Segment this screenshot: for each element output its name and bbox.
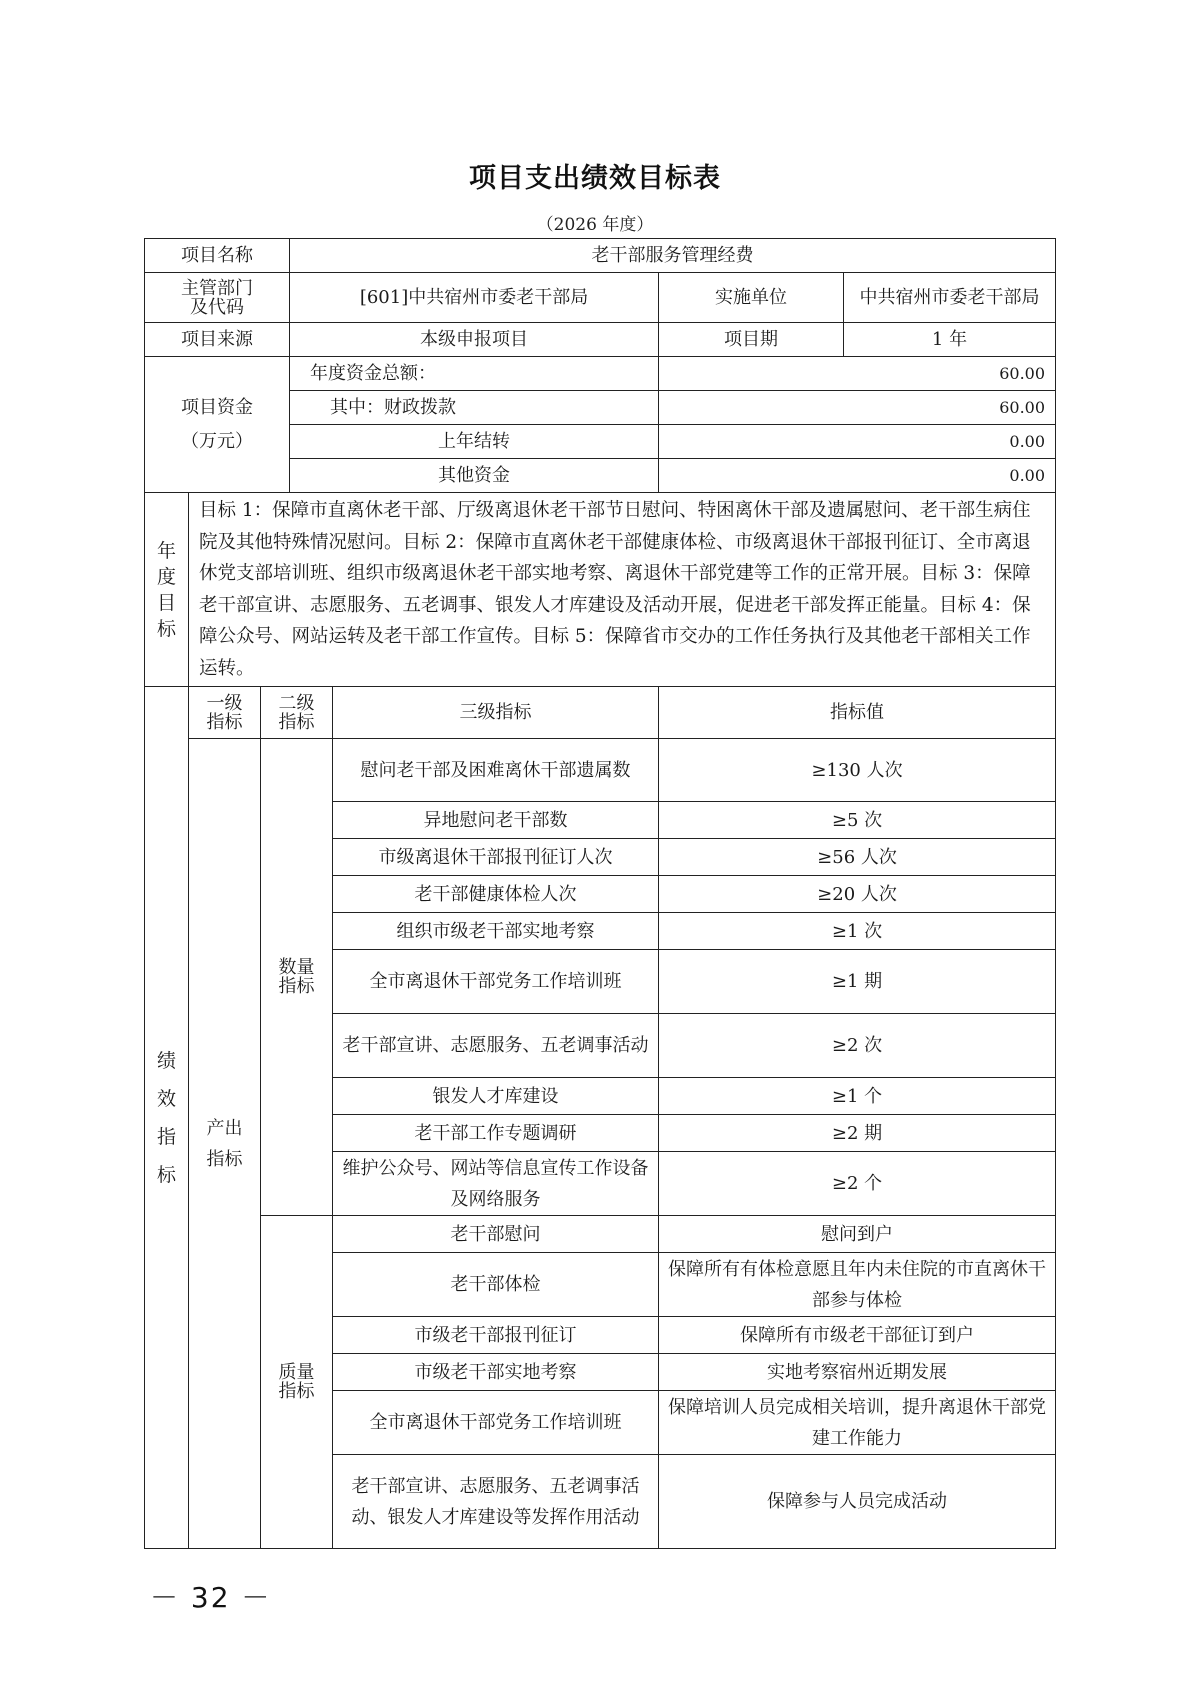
funds-row-value: 0.00 [659, 425, 1056, 459]
indicator-cell: 老干部健康体检人次 [333, 876, 659, 913]
indicator-cell: 维护公众号、网站等信息宣传工作设备及网络服务 [333, 1152, 659, 1216]
header-level2-text: 二级指标 [277, 694, 317, 732]
performance-target-table: 项目名称 老干部服务管理经费 主管部门及代码 [601]中共宿州市委老干部局 实… [144, 238, 1056, 1549]
row-source: 项目来源 本级申报项目 项目期 1 年 [145, 323, 1056, 357]
indicator-value: 保障参与人员完成活动 [659, 1455, 1056, 1549]
funds-row-value: 60.00 [659, 391, 1056, 425]
indicator-value: ≥20 人次 [659, 876, 1056, 913]
dept-value: [601]中共宿州市委老干部局 [290, 273, 659, 323]
indicator-cell: 慰问老干部及困难离休干部遗属数 [333, 739, 659, 802]
indicator-cell: 全市离退休干部党务工作培训班 [333, 1391, 659, 1455]
indicator-value: ≥2 期 [659, 1115, 1056, 1152]
indicator-value: ≥2 次 [659, 1014, 1056, 1078]
row-department: 主管部门及代码 [601]中共宿州市委老干部局 实施单位 中共宿州市委老干部局 [145, 273, 1056, 323]
indicator-cell: 市级离退休干部报刊征订人次 [333, 839, 659, 876]
row-project-name: 项目名称 老干部服务管理经费 [145, 239, 1056, 273]
indicator-value: ≥2 个 [659, 1152, 1056, 1216]
source-label: 项目来源 [145, 323, 290, 357]
goals-text: 目标 1：保障市直离休老干部、厅级离退休老干部节日慰问、特困离休干部及遗属慰问、… [189, 493, 1056, 687]
funds-row-label: 年度资金总额： [290, 357, 659, 391]
funds-row-label: 其中：财政拨款 [290, 391, 659, 425]
page-number: － 32 － [150, 1576, 271, 1616]
header-level2: 二级指标 [261, 687, 333, 739]
indicator-cell: 组织市级老干部实地考察 [333, 913, 659, 950]
project-name-value: 老干部服务管理经费 [290, 239, 1056, 273]
page-title: 项目支出绩效目标表 [0, 156, 1190, 195]
dept-label: 主管部门及代码 [145, 273, 290, 323]
goals-label: 年度目标 [145, 493, 189, 687]
performance-label: 绩效指标 [145, 687, 189, 1549]
indicator-cell: 全市离退休干部党务工作培训班 [333, 950, 659, 1014]
source-value: 本级申报项目 [290, 323, 659, 357]
indicator-value: ≥130 人次 [659, 739, 1056, 802]
indicator-cell: 异地慰问老干部数 [333, 802, 659, 839]
level2-quantity: 数量指标 [261, 739, 333, 1216]
impl-unit-label: 实施单位 [659, 273, 844, 323]
level2-quality: 质量指标 [261, 1216, 333, 1549]
header-value: 指标值 [659, 687, 1056, 739]
table-row: 产出指标 数量指标 慰问老干部及困难离休干部遗属数 ≥130 人次 [145, 739, 1056, 802]
funds-row-label: 其他资金 [290, 459, 659, 493]
indicator-value: ≥1 次 [659, 913, 1056, 950]
level2-quantity-text: 数量指标 [277, 958, 317, 996]
row-annual-goals: 年度目标 目标 1：保障市直离休老干部、厅级离退休老干部节日慰问、特困离休干部及… [145, 493, 1056, 687]
level2-quality-text: 质量指标 [277, 1363, 317, 1401]
goals-label-text: 年度目标 [157, 538, 177, 642]
funds-row-value: 0.00 [659, 459, 1056, 493]
period-value: 1 年 [844, 323, 1056, 357]
funds-row-label: 上年结转 [290, 425, 659, 459]
project-name-label: 项目名称 [145, 239, 290, 273]
header-level1-text: 一级指标 [205, 694, 245, 732]
row-funds-total: 项目资金 （万元） 年度资金总额： 60.00 [145, 357, 1056, 391]
header-level3: 三级指标 [333, 687, 659, 739]
page-subtitle-year: （2026 年度） [0, 210, 1190, 235]
indicator-value: 实地考察宿州近期发展 [659, 1354, 1056, 1391]
dept-label-text: 主管部门及代码 [177, 279, 257, 317]
indicator-value: ≥1 期 [659, 950, 1056, 1014]
header-level1: 一级指标 [189, 687, 261, 739]
impl-unit-value: 中共宿州市委老干部局 [844, 273, 1056, 323]
funds-label-line1: 项目资金 [151, 391, 283, 425]
period-label: 项目期 [659, 323, 844, 357]
indicator-cell: 老干部慰问 [333, 1216, 659, 1253]
indicator-cell: 市级老干部实地考察 [333, 1354, 659, 1391]
indicator-cell: 老干部宣讲、志愿服务、五老调事活动 [333, 1014, 659, 1078]
level1-output: 产出指标 [189, 739, 261, 1549]
indicator-value: 慰问到户 [659, 1216, 1056, 1253]
performance-label-text: 绩效指标 [157, 1042, 177, 1194]
indicator-value: 保障所有市级老干部征订到户 [659, 1317, 1056, 1354]
level1-output-text: 产出指标 [205, 1113, 245, 1175]
indicator-value: ≥5 次 [659, 802, 1056, 839]
indicator-value: ≥56 人次 [659, 839, 1056, 876]
funds-label-line2: （万元） [151, 425, 283, 459]
indicator-value: 保障培训人员完成相关培训，提升离退休干部党建工作能力 [659, 1391, 1056, 1455]
indicator-cell: 老干部工作专题调研 [333, 1115, 659, 1152]
indicator-cell: 市级老干部报刊征订 [333, 1317, 659, 1354]
indicator-value: ≥1 个 [659, 1078, 1056, 1115]
funds-row-value: 60.00 [659, 357, 1056, 391]
indicator-cell: 银发人才库建设 [333, 1078, 659, 1115]
funds-label: 项目资金 （万元） [145, 357, 290, 493]
indicator-cell: 老干部宣讲、志愿服务、五老调事活动、银发人才库建设等发挥作用活动 [333, 1455, 659, 1549]
indicator-cell: 老干部体检 [333, 1253, 659, 1317]
row-performance-header: 绩效指标 一级指标 二级指标 三级指标 指标值 [145, 687, 1056, 739]
indicator-value: 保障所有有体检意愿且年内未住院的市直离休干部参与体检 [659, 1253, 1056, 1317]
table-row: 质量指标 老干部慰问 慰问到户 [145, 1216, 1056, 1253]
